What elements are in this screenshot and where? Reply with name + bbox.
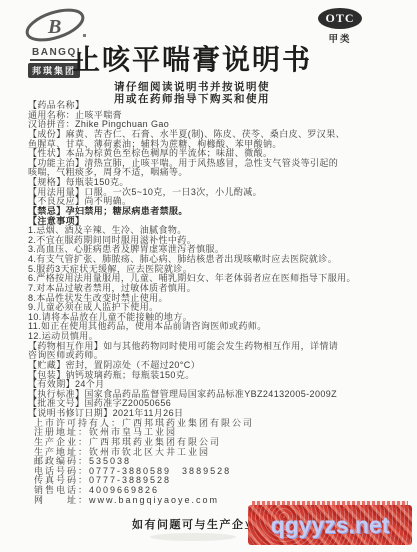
scan-smudge — [150, 533, 236, 541]
body-line: 【禁忌】孕妇禁用；糖尿病患者禁服。 — [28, 207, 409, 217]
bangqi-swoosh-icon: B — [22, 8, 88, 42]
watermark-stamp: qgyyzs.net — [248, 505, 412, 545]
page-title: 止咳平喘膏说明书 — [62, 38, 322, 78]
subtitle-line-1: 请仔细阅读说明书并按说明使 — [62, 82, 322, 94]
otc-ellipse-icon: OTC — [318, 8, 362, 29]
leaflet-body: 【药品名称】通用名称：止咳平喘膏汉语拼音：Zhike Pingchuan Gao… — [28, 101, 409, 505]
watermark-text: qgyyzs.net — [271, 512, 390, 539]
logo-letter: B — [47, 16, 61, 38]
otc-mark: OTC 甲类 — [318, 8, 362, 45]
otc-class-label: 甲类 — [318, 31, 362, 45]
leaflet-page: B BANGQI 邦琪集团 OTC 甲类 止咳平喘膏说明书 请仔细阅读说明书并按… — [0, 0, 417, 552]
